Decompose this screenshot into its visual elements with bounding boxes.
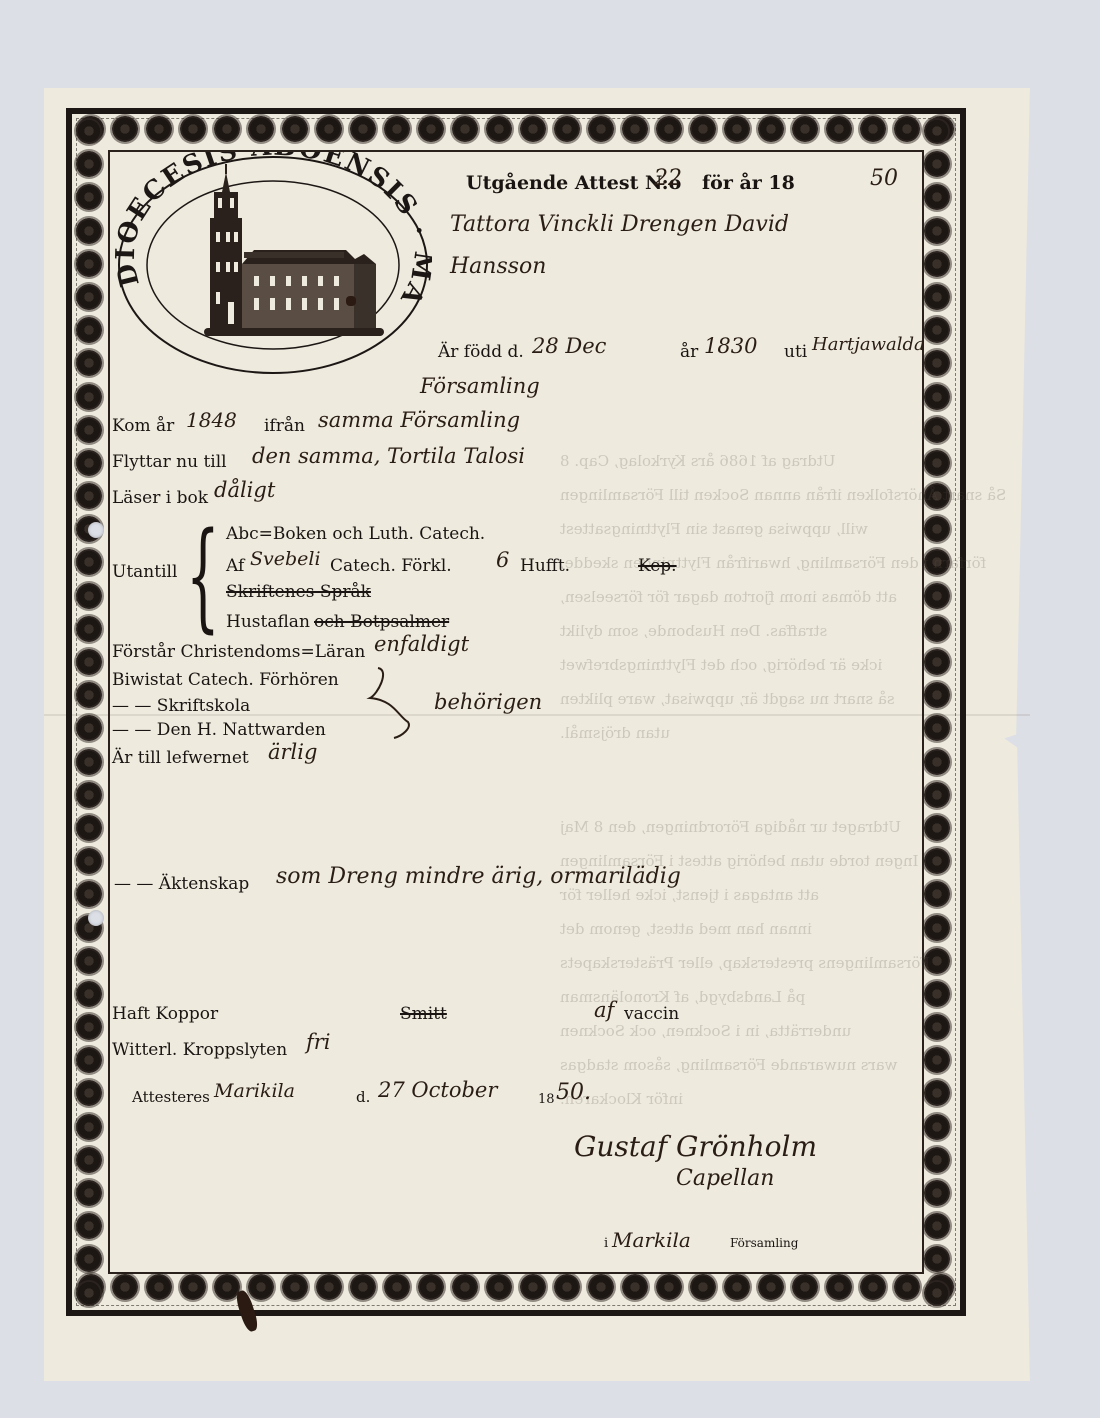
smallpox-hand: af <box>594 998 614 1022</box>
rosette-ornament <box>248 1274 274 1300</box>
rosette-ornament <box>924 1280 950 1306</box>
understanding-label: Förstår Christendoms=Läran <box>112 642 365 662</box>
bleed-through-line: icke är behörig, och det Flyttningsbrefw… <box>560 656 882 674</box>
attested-place: Marikila <box>214 1080 295 1102</box>
came-from: samma Församling <box>318 408 520 432</box>
rosette-ornament <box>76 1280 102 1306</box>
rosette-ornament <box>826 116 852 142</box>
struck-smitt: Smitt <box>400 1004 447 1024</box>
understanding-value: enfaldigt <box>374 632 469 656</box>
memorized-line-2-prefix: Af <box>226 556 244 576</box>
rosette-ornament <box>520 1274 546 1300</box>
marriage-label: — — Äktenskap <box>114 874 249 894</box>
rosette-ornament <box>452 1274 478 1300</box>
rosette-ornament <box>384 116 410 142</box>
rosette-ornament <box>924 749 950 775</box>
rosette-ornament <box>76 118 102 144</box>
came-from-label: ifrån <box>264 416 305 436</box>
rosette-ornament <box>76 218 102 244</box>
rosette-ornament <box>924 1246 950 1272</box>
rosette-ornament <box>656 1274 682 1300</box>
rosette-ornament <box>792 116 818 142</box>
struck-botpsalmer: och Botpsalmer <box>314 612 449 632</box>
rosette-ornament <box>924 715 950 741</box>
rosette-ornament <box>656 116 682 142</box>
rosette-ornament <box>924 1114 950 1140</box>
smallpox-vaccine: vaccin <box>624 1004 679 1024</box>
bleed-through-line: will, uppwisa genast sin Flyttningsattes… <box>560 520 868 538</box>
communion-label: — — Den H. Nattwarden <box>112 720 326 740</box>
signature-parish-print: Församling <box>730 1236 798 1250</box>
rosette-ornament <box>76 1014 102 1040</box>
rosette-ornament <box>76 1213 102 1239</box>
rosette-ornament <box>924 782 950 808</box>
rosette-ornament <box>248 116 274 142</box>
rosette-ornament <box>924 417 950 443</box>
rosette-ornament <box>924 682 950 708</box>
rosette-ornament <box>924 881 950 907</box>
attested-day-label: d. <box>356 1088 370 1106</box>
rosette-ornament <box>924 384 950 410</box>
rosette-ornament <box>76 749 102 775</box>
defects-label: Witterl. Kroppslyten <box>112 1040 287 1060</box>
birth-year: 1830 <box>704 334 757 358</box>
bleed-through-line: Utdraget ur nådiga Förordningen, den 8 M… <box>560 818 901 836</box>
attested-year-suffix: 50. <box>556 1080 591 1105</box>
rosette-ornament <box>76 848 102 874</box>
rosette-ornament <box>418 1274 444 1300</box>
rosette-ornament <box>554 1274 580 1300</box>
rosette-ornament <box>76 384 102 410</box>
rosette-ornament <box>724 116 750 142</box>
rosette-ornament <box>76 284 102 310</box>
bleed-through-line: Så snart Åhörsfolken ifrån annan Socken … <box>560 486 1006 504</box>
rosette-ornament <box>76 151 102 177</box>
rosette-ornament <box>180 1274 206 1300</box>
diocese-seal: DIOECESIS ABOENSIS · MAGNI PRINC · FINL … <box>114 152 432 378</box>
rosette-ornament <box>76 583 102 609</box>
left-rosette-column <box>76 118 108 1306</box>
bleed-through-line: så snart nu sagdt är, uppwisat, ware pli… <box>560 690 895 708</box>
rosette-ornament <box>76 1114 102 1140</box>
rosette-ornament <box>924 616 950 642</box>
rosette-ornament <box>76 616 102 642</box>
year-label: för år 18 <box>702 172 795 194</box>
rosette-ornament <box>76 1047 102 1073</box>
rosette-ornament <box>76 1246 102 1272</box>
catechism-author: Svebeli <box>250 548 321 570</box>
rosette-ornament <box>76 649 102 675</box>
rosette-ornament <box>924 184 950 210</box>
rosette-ornament <box>894 1274 920 1300</box>
certificate-title: Utgående Attest N:o <box>466 172 681 194</box>
rosette-ornament <box>924 317 950 343</box>
bleed-through-line: innan han med attest, genom det <box>560 920 812 938</box>
rosette-ornament <box>180 116 206 142</box>
rosette-ornament <box>214 116 240 142</box>
person-name-line-1: Tattora Vinckli Drengen David <box>450 212 789 237</box>
rosette-ornament <box>486 116 512 142</box>
confirmation-school-label: — — Skriftskola <box>112 696 250 716</box>
rosette-ornament <box>146 1274 172 1300</box>
rosette-ornament <box>554 116 580 142</box>
rosette-ornament <box>758 1274 784 1300</box>
bleed-through-line: straffas. Den Husbonde, som dylikt <box>560 622 827 640</box>
rosette-ornament <box>76 1080 102 1106</box>
reading-value: dåligt <box>214 478 275 502</box>
rosette-ornament <box>384 1274 410 1300</box>
rosette-ornament <box>924 218 950 244</box>
birth-place: Hartjawalda <box>812 334 925 355</box>
attested-year-prefix: 18 <box>538 1092 555 1107</box>
struck-kep: Kep. <box>638 556 677 576</box>
bottom-rosette-row <box>78 1274 954 1306</box>
rosette-ornament <box>76 483 102 509</box>
rosette-ornament <box>758 116 784 142</box>
rosette-ornament <box>924 284 950 310</box>
punch-hole-bottom <box>88 910 104 926</box>
rosette-ornament <box>350 116 376 142</box>
birth-year-label: år <box>680 342 698 362</box>
conduct-value: ärlig <box>268 740 317 764</box>
rosette-ornament <box>112 116 138 142</box>
rosette-ornament <box>452 116 478 142</box>
rosette-ornament <box>924 1147 950 1173</box>
year-suffix: 50 <box>870 166 898 191</box>
rosette-ornament <box>924 1080 950 1106</box>
bleed-through-line: utan dröjsmål. <box>560 724 670 742</box>
memorized-line-2-mid: Catech. Förkl. <box>330 556 452 576</box>
rosette-ornament <box>76 350 102 376</box>
rosette-ornament <box>924 350 950 376</box>
conduct-label: Är till lefwernet <box>112 748 249 768</box>
born-label: Är född d. <box>438 342 524 362</box>
top-rosette-row <box>78 116 954 148</box>
rosette-ornament <box>924 118 950 144</box>
rosette-ornament <box>76 450 102 476</box>
bleed-through-line: Utdrag af 1686 års Kyrkolag, Cap. 8 <box>560 452 836 470</box>
attested-date: 27 October <box>378 1078 497 1102</box>
rosette-ornament <box>76 948 102 974</box>
birth-parish: Församling <box>420 374 540 398</box>
came-year: 1848 <box>186 408 237 432</box>
memorized-line-2-suffix: Hufft. <box>520 556 570 576</box>
rosette-ornament <box>112 1274 138 1300</box>
rosette-ornament <box>924 151 950 177</box>
defects-value: fri <box>306 1030 331 1054</box>
rosette-ornament <box>924 1213 950 1239</box>
rosette-ornament <box>860 116 886 142</box>
birth-day-month: 28 Dec <box>532 334 606 358</box>
rosette-ornament <box>588 116 614 142</box>
rosette-ornament <box>76 549 102 575</box>
rosette-ornament <box>924 583 950 609</box>
rosette-ornament <box>520 116 546 142</box>
ink-spot <box>346 296 356 306</box>
memorized-line-4: Hustaflan <box>226 612 310 632</box>
rosette-ornament <box>894 116 920 142</box>
punch-hole-top <box>88 522 104 538</box>
rosette-ornament <box>924 1047 950 1073</box>
rosette-ornament <box>76 1180 102 1206</box>
rosette-ornament <box>924 450 950 476</box>
rosette-ornament <box>76 184 102 210</box>
rosette-ornament <box>826 1274 852 1300</box>
right-rosette-column <box>924 118 956 1306</box>
marriage-value: som Dreng mindre ärig, ormarilädig <box>276 864 681 889</box>
bleed-through-line: förfarn i den Församling, hwarifrån Flyt… <box>560 554 986 572</box>
cathedral-icon <box>204 164 384 336</box>
brace: { <box>186 516 220 634</box>
bleed-through-line: wars nuwarande Församling, såsom stadgas <box>560 1056 897 1074</box>
bleed-through-line: underrätta, in i Socknen, ock Socknen <box>560 1022 851 1040</box>
person-name-line-2: Hansson <box>450 254 546 279</box>
rosette-ornament <box>924 1014 950 1040</box>
attested-label: Attesteres <box>132 1088 210 1106</box>
rosette-ornament <box>76 251 102 277</box>
rosette-ornament <box>924 516 950 542</box>
rosette-ornament <box>418 116 444 142</box>
rosette-ornament <box>146 116 172 142</box>
memorized-label: Utantill <box>112 562 177 582</box>
rosette-ornament <box>690 1274 716 1300</box>
rosette-ornament <box>76 981 102 1007</box>
came-year-label: Kom år <box>112 416 174 436</box>
rosette-ornament <box>76 782 102 808</box>
rosette-ornament <box>924 1180 950 1206</box>
rosette-ornament <box>690 116 716 142</box>
moving-to: den samma, Tortila Talosi <box>252 444 525 468</box>
memorized-line-1: Abc=Boken och Luth. Catech. <box>226 524 485 544</box>
certificate-number: 22 <box>654 166 682 191</box>
catechism-hearings-label: Biwistat Catech. Förhören <box>112 670 339 690</box>
rosette-ornament <box>622 1274 648 1300</box>
rosette-ornament <box>924 649 950 675</box>
rosette-ornament <box>76 417 102 443</box>
rosette-ornament <box>486 1274 512 1300</box>
bleed-through-line: Församlingens presterskap, eller Präster… <box>560 954 930 972</box>
birth-place-label: uti <box>784 342 807 362</box>
rosette-ornament <box>76 715 102 741</box>
rosette-ornament <box>924 251 950 277</box>
bleed-through-line: att dömas inom fjorton dagar för förseel… <box>560 588 897 606</box>
rosette-ornament <box>76 317 102 343</box>
rosette-ornament <box>924 915 950 941</box>
rosette-ornament <box>76 815 102 841</box>
rosette-ornament <box>76 682 102 708</box>
rosette-ornament <box>924 981 950 1007</box>
reading-label: Läser i bok <box>112 488 208 508</box>
rosette-ornament <box>282 1274 308 1300</box>
rosette-ornament <box>316 116 342 142</box>
rosette-ornament <box>76 881 102 907</box>
struck-skriftenes-sprak: Skriftenes Språk <box>226 582 371 602</box>
smallpox-label: Haft Koppor <box>112 1004 218 1024</box>
rosette-ornament <box>76 1147 102 1173</box>
rosette-ornament <box>588 1274 614 1300</box>
attendance-value: behörigen <box>434 690 542 714</box>
rosette-ornament <box>860 1274 886 1300</box>
signature-name: Gustaf Grönholm <box>574 1130 817 1163</box>
rosette-ornament <box>724 1274 750 1300</box>
rosette-ornament <box>924 848 950 874</box>
rosette-ornament <box>924 815 950 841</box>
moving-to-label: Flyttar nu till <box>112 452 227 472</box>
rosette-ornament <box>316 1274 342 1300</box>
signature-parish-hand: Markila <box>612 1228 691 1252</box>
signature-prefix: i <box>604 1236 608 1251</box>
rosette-ornament <box>622 116 648 142</box>
rosette-ornament <box>350 1274 376 1300</box>
rosette-ornament <box>792 1274 818 1300</box>
chapters-count: 6 <box>496 548 509 572</box>
signature-title: Capellan <box>676 1166 774 1191</box>
rosette-ornament <box>282 116 308 142</box>
